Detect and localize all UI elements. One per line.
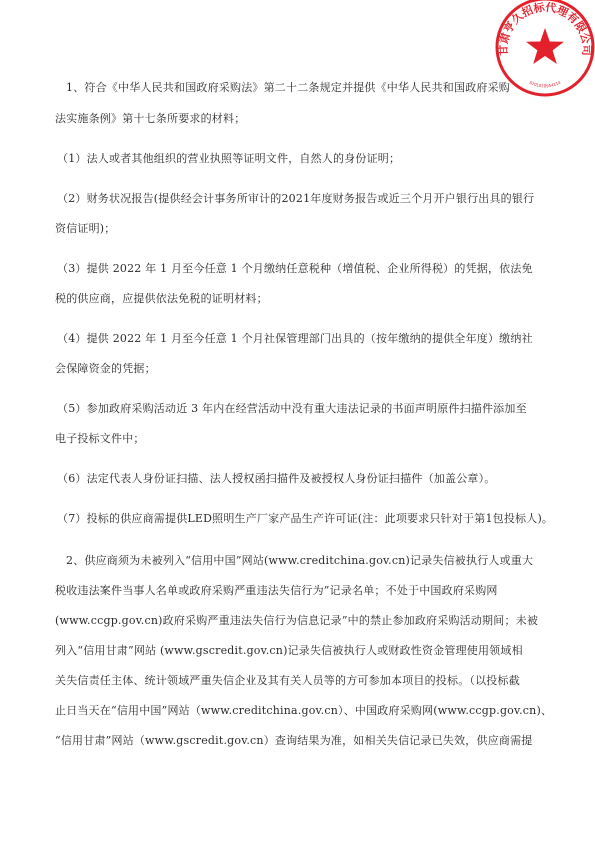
svg-text:6201020954114: 6201020954114 bbox=[529, 80, 562, 89]
text-line: （1）法人或者其他组织的营业执照等证明文件，自然人的身份证明； bbox=[57, 152, 400, 165]
text-line: 资信证明)； bbox=[55, 222, 116, 235]
text-line: （2）财务状况报告(提供经会计事务所审计的2021年度财务报告或近三个月开户银行… bbox=[57, 192, 534, 205]
text-line: “信用甘肃”网站（www.gscredit.gov.cn）查询结果为准，如相关失… bbox=[55, 734, 533, 747]
text-line: 会保障资金的凭据； bbox=[55, 362, 156, 375]
text-line: 1、符合《中华人民共和国政府采购法》第二十二条规定并提供《中华人民共和国政府采购 bbox=[66, 81, 510, 94]
text-line: （7）投标的供应商需提供LED照明生产厂家产品生产许可证(注：此项要求只针对于第… bbox=[57, 512, 553, 525]
text-line: 电子投标文件中； bbox=[55, 432, 145, 445]
text-line: 关失信责任主体、统计领域严重失信企业及其有关人员等的方可参加本项目的投标。（以投… bbox=[55, 674, 520, 687]
text-line: 2、供应商须为未被列入“信用中国”网站(www.creditchina.gov.… bbox=[66, 554, 533, 567]
text-line: 税收违法案件当事人名单或政府采购严重违法失信行为”记录名单；不处于中国政府采购网 bbox=[55, 584, 498, 597]
text-line: 止日当天在“信用中国”网站（www.creditchina.gov.cn）、中国… bbox=[55, 704, 552, 717]
text-line: 税的供应商，应提供依法免税的证明材料； bbox=[55, 292, 268, 305]
company-seal-stamp: 甘肃亨久招标代理有限公司 6201020954114 bbox=[494, 0, 595, 98]
text-line: （5）参加政府采购活动近 3 年内在经营活动中没有重大违法记录的书面声明原件扫描… bbox=[57, 402, 527, 415]
seal-code: 6201020954114 bbox=[529, 80, 562, 89]
text-line: 法实施条例》第十七条所要求的材料； bbox=[55, 112, 245, 125]
text-line: 列入“信用甘肃”网站 (www.gscredit.gov.cn)记录失信被执行人… bbox=[55, 644, 523, 657]
text-line: （4）提供 2022 年 1 月至今任意 1 个月社保管理部门出具的（按年缴纳的… bbox=[57, 332, 533, 345]
text-line: （6）法定代表人身份证扫描、法人授权函扫描件及被授权人身份证扫描件（加盖公章）。 bbox=[57, 472, 496, 485]
text-line: (www.ccgp.gov.cn)政府采购严重违法失信行为信息记录”中的禁止参加… bbox=[55, 614, 538, 627]
star-icon bbox=[526, 28, 564, 64]
text-line: （3）提供 2022 年 1 月至今任意 1 个月缴纳任意税种（增值税、企业所得… bbox=[57, 262, 533, 275]
